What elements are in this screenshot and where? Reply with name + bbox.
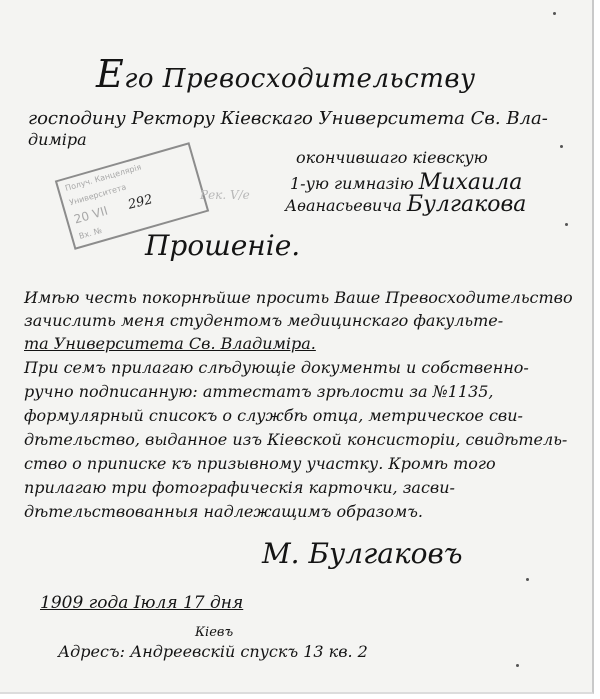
sender-patronymic: Аѳанасьевича [285,196,402,215]
body-line-6: формулярный списокъ о службѣ отца, метри… [24,408,523,424]
sender-surname: Булгакова [407,192,526,217]
body-line-8: ство о приписке къ призывному участку. К… [24,456,496,472]
sender-address: Адресъ: Андреевскій спускъ 13 кв. 2 [58,644,368,660]
scanned-document-page: Его Превосходительству господину Ректору… [0,0,594,694]
addressee-initial: Е [96,52,124,96]
paper-speckle [526,578,529,581]
addressee-honorific: Его Превосходительству [96,55,476,93]
body-line-10: дѣтельствованныя надлежащимъ образомъ. [24,504,423,520]
addressee-line-1: го Превосходительству [124,64,475,94]
paper-speckle [560,145,563,148]
addressee-line-3: диміра [28,132,87,148]
sender-line-1: окончившаго кіевскую [296,150,488,166]
document-city: Кіевъ [195,626,233,639]
paper-speckle [565,223,568,226]
sender-line-2: 1-ую гимназію Михаила [290,172,522,194]
document-title: Прошеніе. [145,232,300,260]
document-date: 1909 года Іюля 17 дня [40,595,243,612]
sender-school: 1-ую гимназію [290,174,414,193]
body-line-3: та Университета Св. Владиміра. [24,336,316,352]
signature: М. Булгаковъ [262,540,463,568]
addressee-line-2: господину Ректору Кіевскаго Университета… [28,110,548,128]
body-line-5: ручно подписанную: аттестатъ зрѣлости за… [24,384,494,400]
paper-speckle [516,664,519,667]
paper-speckle [553,12,556,15]
body-line-4: При семъ прилагаю слѣдующіе документы и … [24,360,529,376]
body-line-7: дѣтельство, выданное изъ Кіевской консис… [24,432,567,448]
faint-marginal-note: Рек. V/е [200,188,250,202]
body-line-2: зачислить меня студентомъ медицинскаго ф… [24,313,503,329]
sender-line-3: Аѳанасьевича Булгакова [285,194,526,216]
body-line-1: Имѣю честь покорнѣйше просить Ваше Прево… [24,290,573,306]
body-line-9: прилагаю три фотографическія карточки, з… [24,480,455,496]
